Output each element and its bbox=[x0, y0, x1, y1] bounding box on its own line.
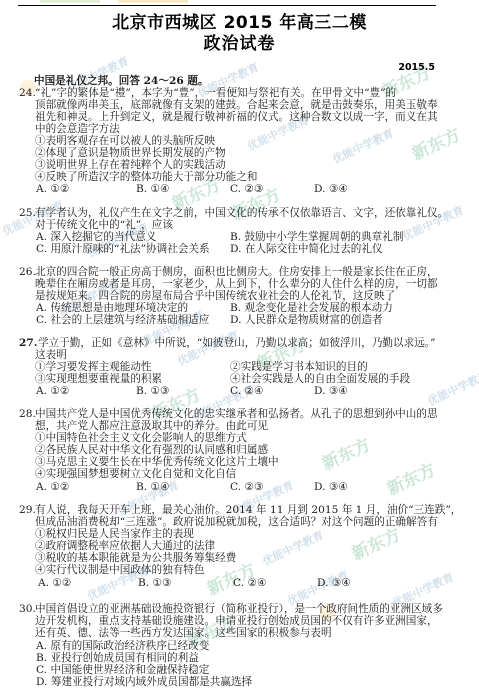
option-d[interactable]: D. 在人际交往中简化过去的礼仪 bbox=[230, 243, 383, 255]
question-stem: 但成品油消费税却“三连涨”。政府说加税就加税，这合适吗？对这个问题的正确解答有 bbox=[35, 516, 438, 528]
question-stem: 晚辈住在厢房或者是耳房，一家老少，从上到下，什么辈分的人住什么样的房，一切都 bbox=[35, 278, 438, 290]
option-a[interactable]: A. 原有的国际政治经济秩序已经改变 bbox=[36, 640, 209, 652]
statement: ④社会实践是人的自由全面发展的手段 bbox=[230, 373, 410, 385]
option-d[interactable]: D. ③④ bbox=[314, 481, 348, 493]
question-number: 24. bbox=[19, 87, 36, 99]
statement: ④实行代议制是中国政体的独有特色 bbox=[35, 564, 205, 576]
question-number: 27. bbox=[19, 337, 37, 349]
section-intro: 中国是礼仪之邦。回答 24～26 题。 bbox=[34, 75, 209, 87]
option-c[interactable]: C. 社会的上层建筑与经济基础相适应 bbox=[36, 314, 209, 326]
question-number: 29. bbox=[19, 504, 36, 516]
option-c[interactable]: C. ②③ bbox=[230, 183, 263, 195]
option-a[interactable]: A. ①② bbox=[36, 481, 69, 493]
question-stem: 中国首倡设立的亚洲基础设施投资银行（简称亚投行），是一个政府间性质的亚洲区域多 bbox=[35, 603, 443, 615]
option-c[interactable]: C. ②④ bbox=[233, 577, 266, 589]
option-a[interactable]: A. 深入挖掘它的当代意义 bbox=[36, 231, 156, 243]
watermark: 优能中学教育 bbox=[330, 125, 397, 167]
statement: ②政府调整税率应依据人大通过的法律 bbox=[35, 540, 215, 552]
question-stem: 有人说，我每天开车上班，最关心油价。2014 年 11 月到 2015 年 1 … bbox=[35, 504, 461, 516]
statement: ③说明世界上存在着纯粹个人的实践活动 bbox=[35, 159, 226, 171]
logo-icon bbox=[40, 0, 100, 3]
statement: ②体现了意识是物质世界长期发展的产物 bbox=[35, 147, 226, 159]
exam-page: 北京市西城区 2015 年高三二模 政治试卷 2015.5 优能中学教育 优能中… bbox=[0, 0, 479, 690]
statement: ②实践是学习书本知识的目的 bbox=[230, 361, 368, 373]
option-b[interactable]: B. 亚投行创始成员国有相同的利益 bbox=[36, 652, 199, 664]
option-b[interactable]: B. 观念变化是社会发展的根本动力 bbox=[230, 302, 393, 314]
question-stem: “礼”字的繁体是“禮”，本字为“豊”，一看便知与祭祀有关。在甲骨文中“豊”的 bbox=[35, 87, 396, 99]
option-c[interactable]: C. 中国能使世界经济和金融保持稳定 bbox=[36, 664, 209, 676]
watermark: 新东方 bbox=[407, 120, 464, 164]
statement: ①表明客观存在可以被人的头脑所反映 bbox=[35, 135, 215, 147]
option-d[interactable]: D. 人民群众是物质财富的创造者 bbox=[230, 314, 383, 326]
logo-icon bbox=[118, 0, 188, 3]
statement: ④反映了所造汉字的整体功能大于部分功能之和 bbox=[35, 171, 257, 183]
exam-subject: 政治试卷 bbox=[0, 29, 479, 54]
option-a[interactable]: A. ①② bbox=[36, 183, 69, 195]
statement: ③实现理想要重视量的积累 bbox=[35, 373, 162, 385]
question-stem: 对于传统文化中的“礼”，应该 bbox=[35, 219, 173, 231]
question-number: 28. bbox=[19, 408, 36, 420]
statement: ①学习要发挥主观能动性 bbox=[35, 361, 152, 373]
watermark: 优能中学教育 bbox=[425, 367, 479, 409]
question-number: 25. bbox=[19, 207, 36, 219]
statement: ①税权归民是人民当家作主的表现 bbox=[35, 528, 194, 540]
question-stem: 还有英、德、法等一些西方发达国家。这些国家的积极参与表明 bbox=[35, 627, 332, 639]
option-d[interactable]: D. 筹建亚投行对域内域外成员国都是共赢选择 bbox=[36, 676, 252, 688]
option-a[interactable]: A. ①② bbox=[38, 577, 71, 589]
watermark: 新东方 bbox=[317, 430, 374, 474]
question-stem: 有学者认为，礼仪产生在文字之前，中国文化的传承不仅依靠语言、文字，还依靠礼仪。 bbox=[35, 207, 448, 219]
question-stem: 这表明 bbox=[35, 349, 67, 361]
question-number: 26. bbox=[19, 266, 36, 278]
statement: ③马克思主义要生长在中华优秀传统文化这片土壤中 bbox=[35, 456, 279, 468]
question-stem: 学立于勤，正如《意林》中所说，“如彼登山，乃勤以求高；如彼浮川，乃勤以求远。” bbox=[38, 337, 436, 349]
question-stem: 祖先和神灵。上升到定义，就是履行敬神祈福的仪式。这种合数文以成一字，而义在其 bbox=[35, 111, 438, 123]
option-d[interactable]: D. ③④ bbox=[314, 385, 348, 397]
exam-date: 2015.5 bbox=[398, 62, 435, 73]
question-stem: 中的会意造字方法 bbox=[35, 123, 120, 135]
option-c[interactable]: C. ②③ bbox=[230, 481, 263, 493]
option-d[interactable]: D. ③④ bbox=[314, 183, 348, 195]
statement: ③税收的基本职能就是为公共服务筹集经费 bbox=[35, 552, 236, 564]
option-d[interactable]: D. ③④ bbox=[317, 577, 351, 589]
question-stem: 中国共产党人是中国优秀传统文化的忠实继承者和弘扬者。从孔子的思想到孙中山的思 bbox=[35, 408, 438, 420]
question-stem: 想，共产党人都应注意汲取其中的养分。由此可见 bbox=[35, 420, 268, 432]
question-stem: 顶部就像两串美玉，底部就像有支架的建鼓。合起来会意，就是击鼓奏乐，用美玉敬奉 bbox=[35, 99, 438, 111]
option-c[interactable]: C. 用原汁原味的“礼法”协调社会关系 bbox=[36, 243, 210, 255]
question-stem: 北京的四合院一般正房高于侧房，面积也比侧房大。住房安排上一般是家长住在正房， bbox=[35, 266, 438, 278]
question-stem: 边开发机构，重点支持基础设施建设。申请亚投行创始成员国的不仅有许多亚洲国家， bbox=[35, 615, 438, 627]
option-c[interactable]: C. ②④ bbox=[230, 385, 263, 397]
option-b[interactable]: B. ①④ bbox=[136, 481, 170, 493]
statement: ②各民族人民对中华文化有强烈的认同感和归属感 bbox=[35, 444, 268, 456]
statement: ①中国特色社会主义文化会影响人的思维方式 bbox=[35, 432, 247, 444]
option-a[interactable]: A. 传统思想是由地理环境决定的 bbox=[36, 302, 188, 314]
watermark: 优能中学教育 bbox=[260, 527, 327, 569]
option-b[interactable]: B. 鼓励中小学生掌握周朝的典章礼制 bbox=[230, 231, 403, 243]
statement: ④实现强国梦想要树立文化自觉和文化自信 bbox=[35, 468, 236, 480]
question-stem: 是按规矩来。四合院的房屋布局合乎中国传统农业社会的人伦礼节，这反映了 bbox=[35, 290, 395, 302]
option-b[interactable]: B. ①③ bbox=[136, 385, 170, 397]
option-b[interactable]: B. ①③ bbox=[138, 577, 172, 589]
question-number: 30. bbox=[19, 603, 36, 615]
watermark: 新东方 bbox=[382, 455, 439, 499]
option-a[interactable]: A. ①② bbox=[36, 385, 69, 397]
option-b[interactable]: B. ①④ bbox=[136, 183, 170, 195]
header-rule bbox=[18, 5, 436, 6]
